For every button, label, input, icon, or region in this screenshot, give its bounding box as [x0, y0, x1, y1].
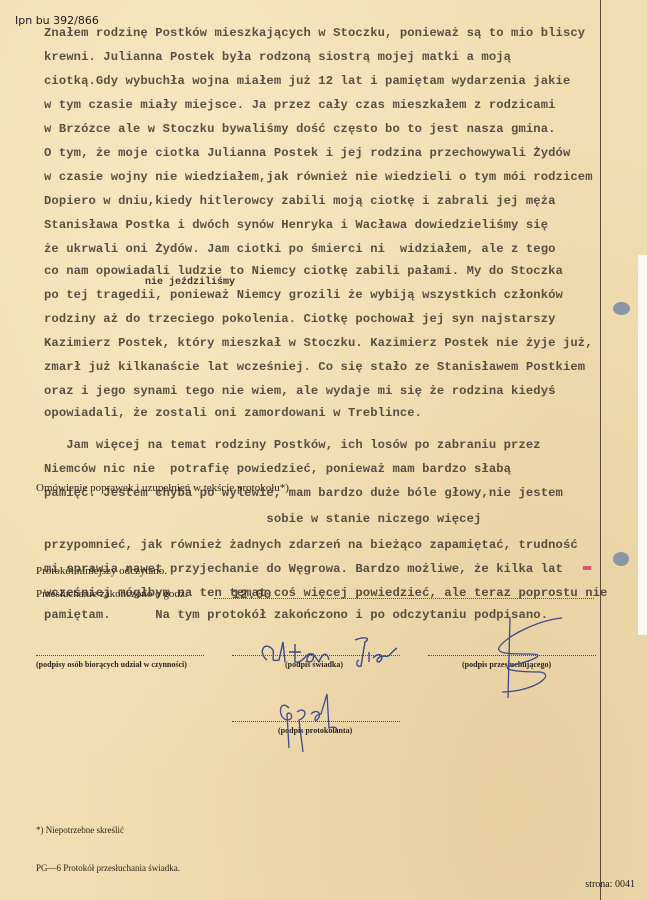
body-line: Stanisława Postka i dwóch synów Henryka …	[44, 218, 548, 232]
page-edge-strip	[638, 255, 647, 635]
participants-sig-line	[36, 655, 204, 656]
body-line: O tym, że moje ciotka Julianna Postek i …	[44, 146, 570, 160]
body-line: sobie w stanie niczego więcej	[44, 512, 481, 526]
margin-line	[600, 0, 601, 900]
interrogator-signature	[480, 610, 580, 700]
read-label: Protokół niniejszy odczytano.	[36, 565, 167, 577]
form-code: PG—6 Protokół przesłuchania świadka.	[36, 863, 180, 873]
footnote: *) Niepotrzebne skreślić	[36, 825, 124, 835]
interlinear-insert: nie jeździliśmy	[145, 277, 235, 288]
body-line: ciotką.Gdy wybuchła wojna miałem już 12 …	[44, 74, 570, 88]
body-line: Niemców nic nie potrafię powiedzieć, pon…	[44, 462, 511, 476]
corrections-label: Omówienie poprawek i uzupełnień w tekści…	[36, 482, 289, 494]
pink-mark	[583, 566, 591, 570]
ended-time: 12.00	[232, 587, 272, 602]
body-line: rodziny aż do trzeciego pokolenia. Ciotk…	[44, 312, 556, 326]
ended-label: Przesłuchanie zakończono o godz.	[36, 588, 188, 600]
body-line: Kazimierz Postek, który mieszkał w Stocz…	[44, 336, 593, 350]
body-line: że ukrwali oni Żydów. Jam ciotki po śmie…	[44, 242, 556, 256]
body-line: oraz i jego synami tego nie wiem, ale wy…	[44, 384, 556, 398]
body-line: co nam opowiadali ludzie to Niemcy ciotk…	[44, 264, 563, 278]
page-number: strona: 0041	[585, 879, 635, 890]
body-line: krewni. Julianna Postek była rodzoną sio…	[44, 50, 511, 64]
participants-sig-label: (podpisy osób biorących udział w czynnoś…	[36, 660, 187, 669]
time-line	[214, 598, 594, 599]
body-line: opowiadali, że zostali oni zamordowani w…	[44, 406, 422, 420]
body-line: w Brzózce ale w Stoczku bywaliśmy dość c…	[44, 122, 556, 136]
body-line: Dopiero w dniu,kiedy hitlerowcy zabili m…	[44, 194, 556, 208]
ink-blot	[613, 302, 630, 315]
body-line: pamiętam. Na tym protokół zakończono i p…	[44, 608, 548, 622]
body-line: po tej tragedii, ponieważ Niemcy grozili…	[44, 288, 563, 302]
body-line: w czasie wojny nie wiedziałem,jak równie…	[44, 170, 593, 184]
body-line: Jam więcej na temat rodziny Postków, ich…	[44, 438, 541, 452]
body-line: przypomnieć, jak również żadnych zdarzeń…	[44, 538, 578, 552]
body-line: w tym czasie miały miejsce. Ja przez cał…	[44, 98, 556, 112]
body-line: Znałem rodzinę Postków mieszkających w S…	[44, 26, 585, 40]
witness-signature	[255, 632, 415, 672]
ink-blot	[613, 552, 629, 566]
recorder-signature	[275, 688, 355, 758]
body-line: zmarł już kilkanaście lat wcześniej. Co …	[44, 360, 585, 374]
